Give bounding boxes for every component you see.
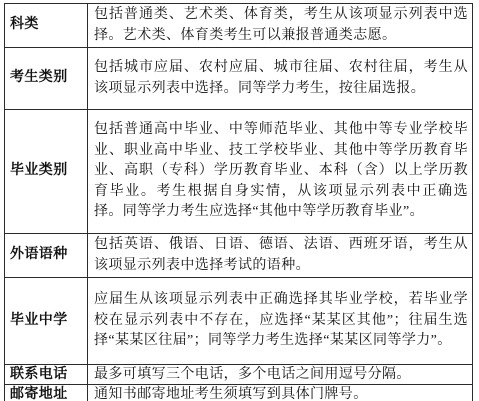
- table-row: 邮寄地址 通知书邮寄地址考生须填写到具体门牌号。: [5, 385, 473, 401]
- field-label: 毕业类别: [5, 110, 88, 234]
- document-page: 科类 包括普通类、艺术类、体育类，考生从该项显示列表中选择。艺术类、体育类考生可…: [0, 0, 479, 401]
- table-row: 考生类别 包括城市应届、农村应届、城市往届、农村往届，考生从该项显示列表中选择。…: [5, 48, 473, 110]
- field-description: 应届生从该项显示列表中正确选择其毕业学校，若毕业学校在显示列表中不存在，应选择“…: [88, 278, 473, 365]
- field-description: 最多可填写三个电话，多个电话之间用逗号分隔。: [88, 365, 473, 385]
- field-description: 包括普通类、艺术类、体育类，考生从该项显示列表中选择。艺术类、体育类考生可以兼报…: [88, 4, 473, 48]
- field-label: 毕业中学: [5, 278, 88, 365]
- table-row: 科类 包括普通类、艺术类、体育类，考生从该项显示列表中选择。艺术类、体育类考生可…: [5, 4, 473, 48]
- table-row: 外语语种 包括英语、俄语、日语、德语、法语、西班牙语，考生从该项显示列表中选择考…: [5, 234, 473, 278]
- field-label: 联系电话: [5, 365, 88, 385]
- field-description: 包括英语、俄语、日语、德语、法语、西班牙语，考生从该项显示列表中选择考试的语种。: [88, 234, 473, 278]
- field-label: 邮寄地址: [5, 385, 88, 401]
- field-label: 外语语种: [5, 234, 88, 278]
- field-description: 包括普通高中毕业、中等师范毕业、其他中等专业学校毕业、职业高中毕业、技工学校毕业…: [88, 110, 473, 234]
- field-description: 通知书邮寄地址考生须填写到具体门牌号。: [88, 385, 473, 401]
- field-description: 包括城市应届、农村应届、城市往届、农村往届，考生从该项显示列表中选择。同等学力考…: [88, 48, 473, 110]
- table-row: 联系电话 最多可填写三个电话，多个电话之间用逗号分隔。: [5, 365, 473, 385]
- table-row: 毕业类别 包括普通高中毕业、中等师范毕业、其他中等专业学校毕业、职业高中毕业、技…: [5, 110, 473, 234]
- field-guide-table: 科类 包括普通类、艺术类、体育类，考生从该项显示列表中选择。艺术类、体育类考生可…: [4, 3, 473, 401]
- table-row: 毕业中学 应届生从该项显示列表中正确选择其毕业学校，若毕业学校在显示列表中不存在…: [5, 278, 473, 365]
- field-label: 考生类别: [5, 48, 88, 110]
- field-label: 科类: [5, 4, 88, 48]
